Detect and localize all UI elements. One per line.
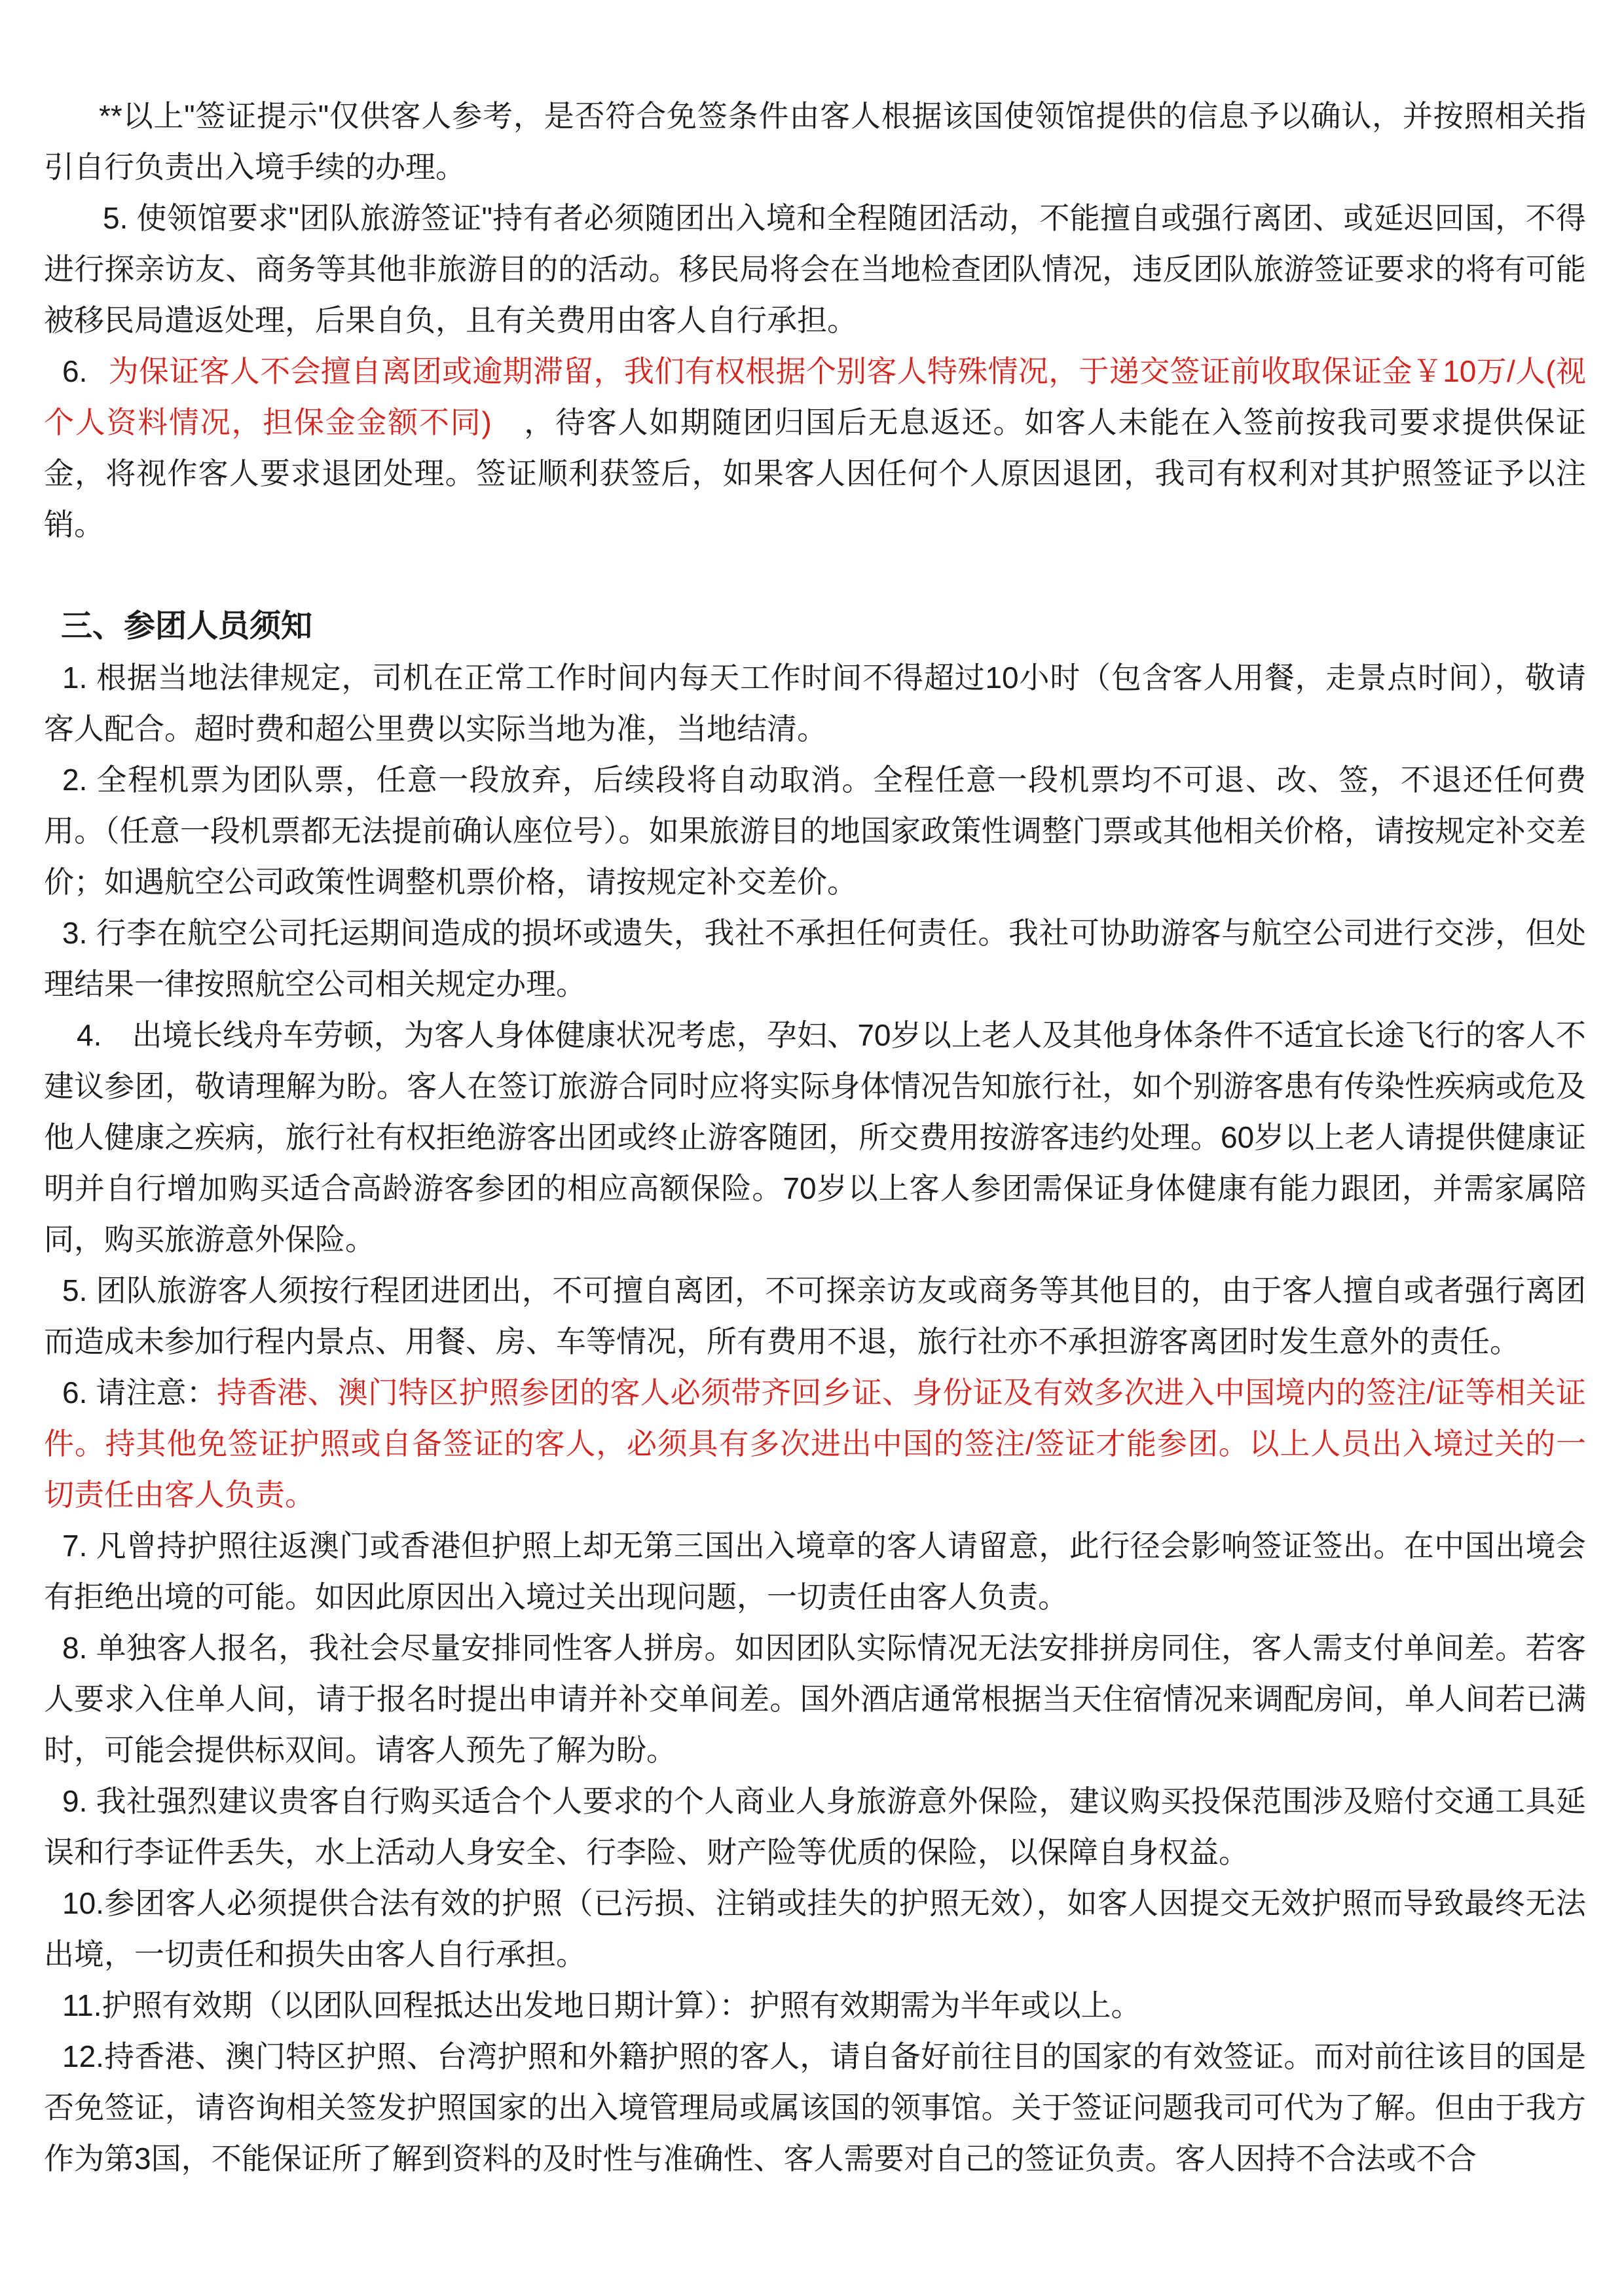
notice-item-3: 3. 行李在航空公司托运期间造成的损坏或遗失，我社不承担任何责任。我社可协助游客… (44, 907, 1586, 1010)
notice-item-12: 12.持香港、澳门特区护照、台湾护照和外籍护照的客人，请自备好前往目的国家的有效… (44, 2031, 1586, 2184)
notice-item-6: 6. 请注意：持香港、澳门特区护照参团的客人必须带齐回乡证、身份证及有效多次进入… (44, 1367, 1586, 1520)
notice-item-6-prefix: 6. 请注意： (62, 1376, 217, 1410)
notice-item-7: 7. 凡曾持护照往返澳门或香港但护照上却无第三国出入境章的客人请留意，此行径会影… (44, 1520, 1586, 1622)
item-number: 6. (62, 354, 87, 388)
notice-item-6-red-text: 持香港、澳门特区护照参团的客人必须带齐回乡证、身份证及有效多次进入中国境内的签注… (44, 1376, 1586, 1512)
notice-item-11: 11.护照有效期（以团队回程抵达出发地日期计算）：护照有效期需为半年或以上。 (44, 1980, 1586, 2031)
notice-item-10: 10.参团客人必须提供合法有效的护照（已污损、注销或挂失的护照无效），如客人因提… (44, 1878, 1586, 1980)
consulate-group-visa-paragraph: 5. 使领馆要求"团队旅游签证"持有者必须随团出入境和全程随团活动，不能擅自或强… (44, 192, 1586, 346)
notice-item-4: 4. 出境长线舟车劳顿，为客人身体健康状况考虑，孕妇、70岁以上老人及其他身体条… (44, 1010, 1586, 1265)
document-page: **以上"签证提示"仅供客人参考，是否符合免签条件由客人根据该国使领馆提供的信息… (0, 0, 1624, 2296)
visa-tip-disclaimer-paragraph: **以上"签证提示"仅供客人参考，是否符合免签条件由客人根据该国使领馆提供的信息… (44, 90, 1586, 192)
notice-item-9: 9. 我社强烈建议贵客自行购买适合个人要求的个人商业人身旅游意外保险，建议购买投… (44, 1776, 1586, 1878)
notice-item-8: 8. 单独客人报名，我社会尽量安排同性客人拼房。如因团队实际情况无法安排拼房同住… (44, 1622, 1586, 1776)
notice-item-1: 1. 根据当地法律规定，司机在正常工作时间内每天工作时间不得超过10小时（包含客… (44, 652, 1586, 754)
deposit-rule-paragraph: 6.为保证客人不会擅自离团或逾期滞留，我们有权根据个别客人特殊情况，于递交签证前… (44, 346, 1586, 550)
section-heading-participant-notice: 三、参团人员须知 (44, 601, 1586, 652)
notice-item-2: 2. 全程机票为团队票，任意一段放弃，后续段将自动取消。全程任意一段机票均不可退… (44, 754, 1586, 907)
notice-item-5: 5. 团队旅游客人须按行程团进团出，不可擅自离团，不可探亲访友或商务等其他目的，… (44, 1265, 1586, 1367)
